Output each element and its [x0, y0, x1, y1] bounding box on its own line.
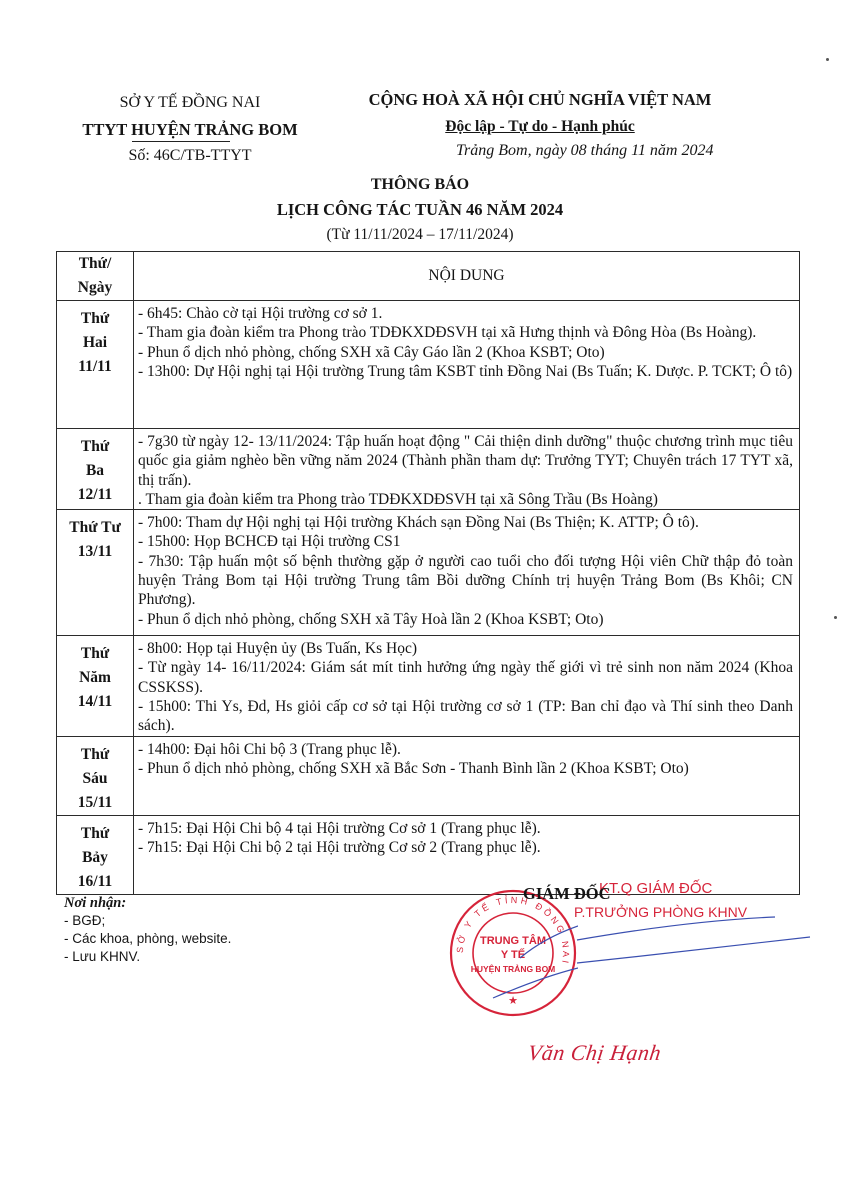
schedule-entry: - 15h00: Thi Ys, Đd, Hs giỏi cấp cơ sở t… — [138, 697, 793, 736]
schedule-entry: - Phun ổ dịch nhỏ phòng, chống SXH xã Bắ… — [138, 759, 793, 778]
svg-text:Y TẾ: Y TẾ — [501, 948, 525, 961]
document-title-block: THÔNG BÁO LỊCH CÔNG TÁC TUẦN 46 NĂM 2024… — [200, 174, 640, 245]
schedule-entry: - Phun ổ dịch nhỏ phòng, chống SXH xã Tâ… — [138, 610, 793, 629]
table-row: Thứ Tư13/11- 7h00: Tham dự Hội nghị tại … — [57, 510, 800, 636]
schedule-entry: - 7h30: Tập huấn một số bệnh thường gặp … — [138, 552, 793, 610]
unit-underline — [132, 141, 230, 142]
schedule-entry: - 7g30 từ ngày 12- 13/11/2024: Tập huấn … — [138, 432, 793, 490]
schedule-entry: . Tham gia đoàn kiểm tra Phong trào TDĐK… — [138, 490, 793, 509]
schedule-entry: - Từ ngày 14- 16/11/2024: Giám sát mít t… — [138, 658, 793, 697]
content-cell: - 8h00: Họp tại Huyện ủy (Bs Tuấn, Ks Họ… — [134, 636, 800, 737]
signer-title: GIÁM ĐỐC — [523, 884, 611, 904]
content-cell: - 6h45: Chào cờ tại Hội trường cơ sở 1.-… — [134, 301, 800, 429]
document-subject: LỊCH CÔNG TÁC TUẦN 46 NĂM 2024 — [200, 199, 640, 221]
table-row: ThứNăm14/11- 8h00: Họp tại Huyện ủy (Bs … — [57, 636, 800, 737]
schedule-entry: - 8h00: Họp tại Huyện ủy (Bs Tuấn, Ks Họ… — [138, 639, 793, 658]
document-type: THÔNG BÁO — [200, 174, 640, 196]
recipient-item: - Lưu KHNV. — [64, 948, 231, 966]
document-number: Số: 46C/TB-TTYT — [40, 145, 340, 167]
official-stamp-icon: SỞ Y TẾ TỈNH ĐỒNG NAI TRUNG TÂM Y TẾ HUY… — [448, 888, 578, 1018]
schedule-entry: - 7h00: Tham dự Hội nghị tại Hội trường … — [138, 513, 793, 532]
recipient-item: - Các khoa, phòng, website. — [64, 930, 231, 948]
table-row: ThứBa12/11- 7g30 từ ngày 12- 13/11/2024:… — [57, 429, 800, 510]
schedule-entry: - 7h15: Đại Hội Chi bộ 2 tại Hội trường … — [138, 838, 793, 857]
signature-stroke-icon — [575, 915, 815, 975]
weekly-schedule-table: Thứ/ Ngày NỘI DUNG ThứHai11/11- 6h45: Ch… — [56, 251, 800, 895]
schedule-entry: - 7h15: Đại Hội Chi bộ 4 tại Hội trường … — [138, 819, 793, 838]
day-cell: ThứSáu15/11 — [57, 737, 134, 816]
scan-speck — [826, 58, 829, 61]
day-cell: ThứNăm14/11 — [57, 636, 134, 737]
day-cell: ThứBảy16/11 — [57, 816, 134, 895]
schedule-entry: - Tham gia đoàn kiểm tra Phong trào TDĐK… — [138, 323, 793, 342]
svg-text:HUYỆN TRẢNG BOM: HUYỆN TRẢNG BOM — [471, 963, 556, 974]
place-and-date: Trảng Bom, ngày 08 tháng 11 năm 2024 — [456, 142, 713, 160]
content-cell: - 7g30 từ ngày 12- 13/11/2024: Tập huấn … — [134, 429, 800, 510]
schedule-entry: - Phun ổ dịch nhỏ phòng, chống SXH xã Câ… — [138, 343, 793, 362]
date-range: (Từ 11/11/2024 – 17/11/2024) — [200, 225, 640, 245]
signer-name: Văn Chị Hạnh — [526, 1040, 663, 1066]
unit-name: TTYT HUYỆN TRẢNG BOM — [40, 119, 340, 141]
day-cell: ThứHai11/11 — [57, 301, 134, 429]
table-row: ThứHai11/11- 6h45: Chào cờ tại Hội trườn… — [57, 301, 800, 429]
day-cell: Thứ Tư13/11 — [57, 510, 134, 636]
svg-text:TRUNG TÂM: TRUNG TÂM — [480, 934, 546, 947]
nation-name: CỘNG HOÀ XÃ HỘI CHỦ NGHĨA VIỆT NAM — [320, 88, 760, 112]
schedule-entry: - 14h00: Đại hôi Chi bộ 3 (Trang phục lễ… — [138, 740, 793, 759]
svg-text:★: ★ — [508, 995, 518, 1007]
table-row: ThứSáu15/11- 14h00: Đại hôi Chi bộ 3 (Tr… — [57, 737, 800, 816]
issuing-agency-block: SỞ Y TẾ ĐỒNG NAI TTYT HUYỆN TRẢNG BOM Số… — [40, 92, 340, 167]
schedule-entry: - 13h00: Dự Hội nghị tại Hội trường Trun… — [138, 362, 793, 381]
header-day: Thứ/ Ngày — [57, 252, 134, 301]
table-header-row: Thứ/ Ngày NỘI DUNG — [57, 252, 800, 301]
recipients-block: Nơi nhận: - BGĐ; - Các khoa, phòng, webs… — [64, 894, 231, 966]
agency-name: SỞ Y TẾ ĐỒNG NAI — [40, 92, 340, 114]
national-motto: Độc lập - Tự do - Hạnh phúc — [320, 116, 760, 138]
header-content: NỘI DUNG — [134, 252, 800, 301]
day-cell: ThứBa12/11 — [57, 429, 134, 510]
schedule-entry: - 15h00: Họp BCHCĐ tại Hội trường CS1 — [138, 532, 793, 551]
on-behalf-label: KT.Q GIÁM ĐỐC — [599, 880, 712, 897]
content-cell: - 7h00: Tham dự Hội nghị tại Hội trường … — [134, 510, 800, 636]
recipients-title: Nơi nhận: — [64, 894, 231, 912]
national-header-block: CỘNG HOÀ XÃ HỘI CHỦ NGHĨA VIỆT NAM Độc l… — [320, 88, 760, 138]
schedule-entry: - 6h45: Chào cờ tại Hội trường cơ sở 1. — [138, 304, 793, 323]
scan-speck — [834, 616, 837, 619]
recipient-item: - BGĐ; — [64, 912, 231, 930]
content-cell: - 14h00: Đại hôi Chi bộ 3 (Trang phục lễ… — [134, 737, 800, 816]
